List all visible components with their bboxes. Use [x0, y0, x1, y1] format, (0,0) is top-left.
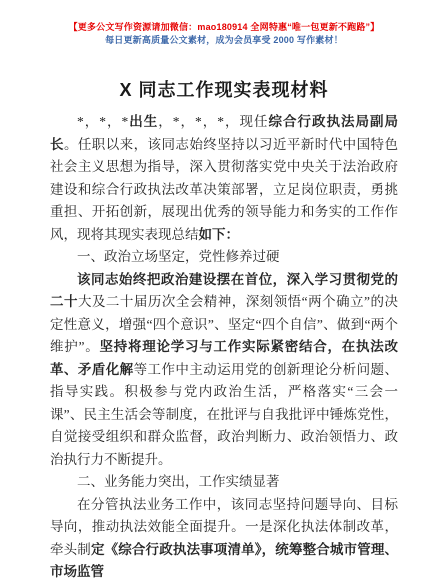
intro-run-bold: 如下： [199, 227, 240, 242]
paragraph-intro: *，*，*出生，*，*，*，现任综合行政执法局副局长。任职以来，该同志始终坚持以… [50, 111, 398, 246]
promo-line-blue: 每日更新高质量公文素材，成为会员享受 2000 写作素材！ [0, 34, 448, 47]
section-heading-2: 二、业务能力突出，工作实绩显著 [50, 471, 398, 494]
intro-run: *，*，* [77, 114, 128, 129]
promo-line-red: 【更多公文写作资源请加微信：mao180914 全网特惠“唯一包更新不跑路”】 [0, 21, 448, 34]
paragraph-work: 在分管执法业务工作中，该同志坚持问题导向、目标导向，推动执法效能全面提升。一是深… [50, 494, 398, 580]
page-number: 1 [0, 547, 448, 558]
document-page: 【更多公文写作资源请加微信：mao180914 全网特惠“唯一包更新不跑路”】 … [0, 0, 448, 580]
document-title: X 同志工作现实表现材料 [0, 76, 448, 102]
document-body: *，*，*出生，*，*，*，现任综合行政执法局副局长。任职以来，该同志始终坚持以… [50, 111, 398, 580]
promo-header: 【更多公文写作资源请加微信：mao180914 全网特惠“唯一包更新不跑路”】 … [0, 0, 448, 47]
paragraph-politics: 该同志始终把政治建设摆在首位，深入学习贯彻党的二十大及二十届历次全会精神，深刻领… [50, 269, 398, 472]
intro-run-bold: 出生 [128, 114, 158, 129]
intro-run: ，*，*，*，现任 [158, 114, 268, 129]
politics-run: 等工作中主动运用党的创新理论分析问题、指导实践。积极参与党内政治生活，严格落实“… [50, 362, 398, 467]
section-heading-1: 一、政治立场坚定，党性修养过硬 [50, 246, 398, 269]
